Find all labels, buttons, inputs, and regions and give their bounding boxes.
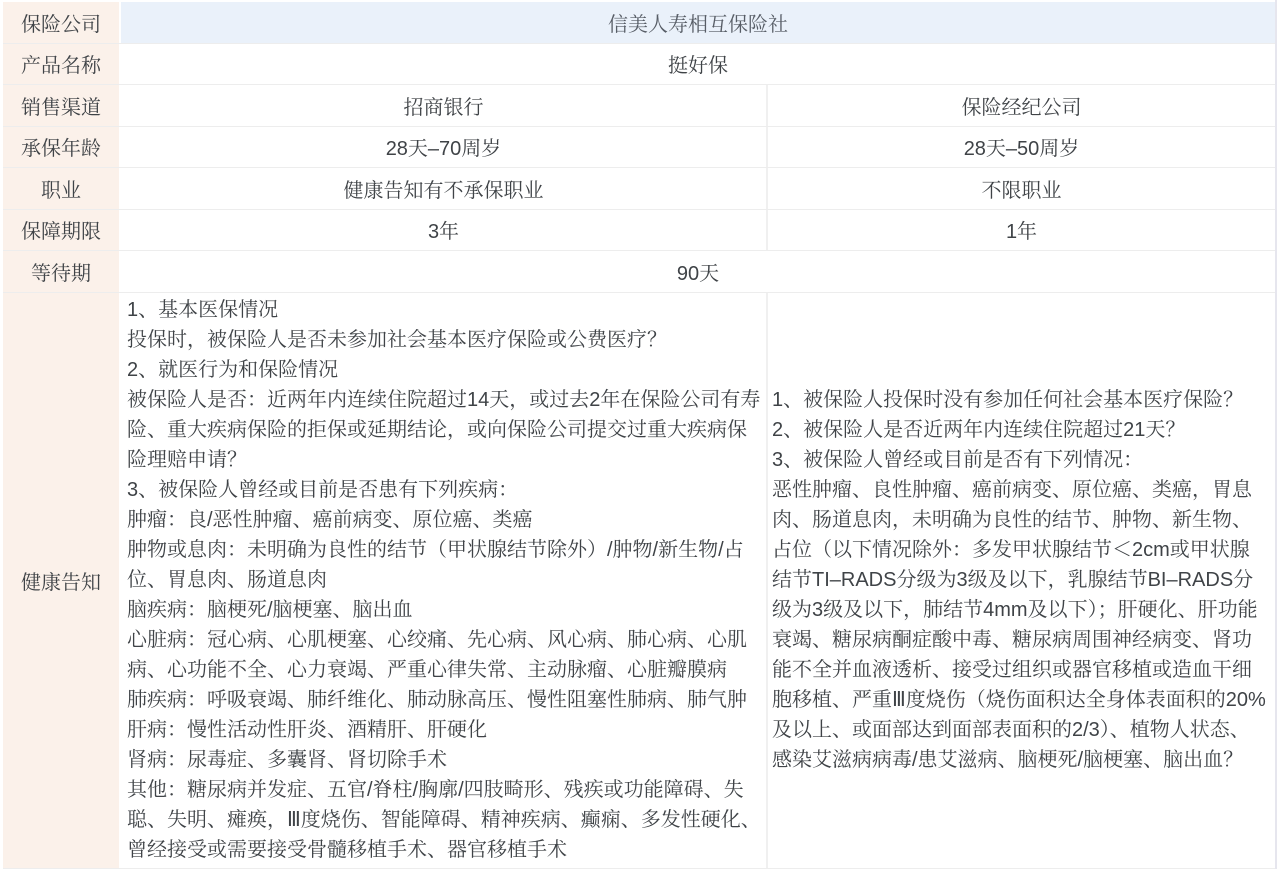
row-label-insurer: 保险公司: [3, 2, 121, 43]
sales-channel-broker: 保险经纪公司: [766, 85, 1275, 126]
coverage-term-bank: 3年: [121, 210, 766, 251]
row-label-health-disclosure: 健康告知: [3, 293, 121, 868]
row-label-product-name: 产品名称: [3, 44, 121, 85]
row-label-issue-age: 承保年龄: [3, 127, 121, 168]
row-issue-age: 承保年龄 28天–70周岁 28天–50周岁: [3, 127, 1275, 169]
insurance-comparison-table: 保险公司 信美人寿相互保险社 产品名称 挺好保 销售渠道 招商银行 保险经纪公司…: [0, 0, 1277, 869]
health-disclosure-bank: 1、基本医保情况 投保时，被保险人是否未参加社会基本医疗保险或公费医疗？ 2、就…: [121, 293, 766, 868]
row-coverage-term: 保障期限 3年 1年: [3, 210, 1275, 252]
occupation-broker: 不限职业: [766, 168, 1275, 209]
coverage-term-broker: 1年: [766, 210, 1275, 251]
row-label-coverage-term: 保障期限: [3, 210, 121, 251]
row-occupation: 职业 健康告知有不承保职业 不限职业: [3, 168, 1275, 210]
sales-channel-bank: 招商银行: [121, 85, 766, 126]
issue-age-broker: 28天–50周岁: [766, 127, 1275, 168]
row-product-name: 产品名称 挺好保: [3, 44, 1275, 86]
row-label-waiting-period: 等待期: [3, 251, 121, 292]
insurer-name: 信美人寿相互保险社: [121, 2, 1275, 43]
product-name: 挺好保: [121, 44, 1275, 85]
row-health-disclosure: 健康告知 1、基本医保情况 投保时，被保险人是否未参加社会基本医疗保险或公费医疗…: [3, 293, 1275, 869]
row-label-sales-channel: 销售渠道: [3, 85, 121, 126]
occupation-bank: 健康告知有不承保职业: [121, 168, 766, 209]
waiting-period: 90天: [121, 251, 1275, 292]
issue-age-bank: 28天–70周岁: [121, 127, 766, 168]
row-sales-channel: 销售渠道 招商银行 保险经纪公司: [3, 85, 1275, 127]
row-waiting-period: 等待期 90天: [3, 251, 1275, 293]
row-label-occupation: 职业: [3, 168, 121, 209]
health-disclosure-broker: 1、被保险人投保时没有参加任何社会基本医疗保险？ 2、被保险人是否近两年内连续住…: [766, 293, 1275, 868]
row-insurer: 保险公司 信美人寿相互保险社: [3, 2, 1275, 44]
